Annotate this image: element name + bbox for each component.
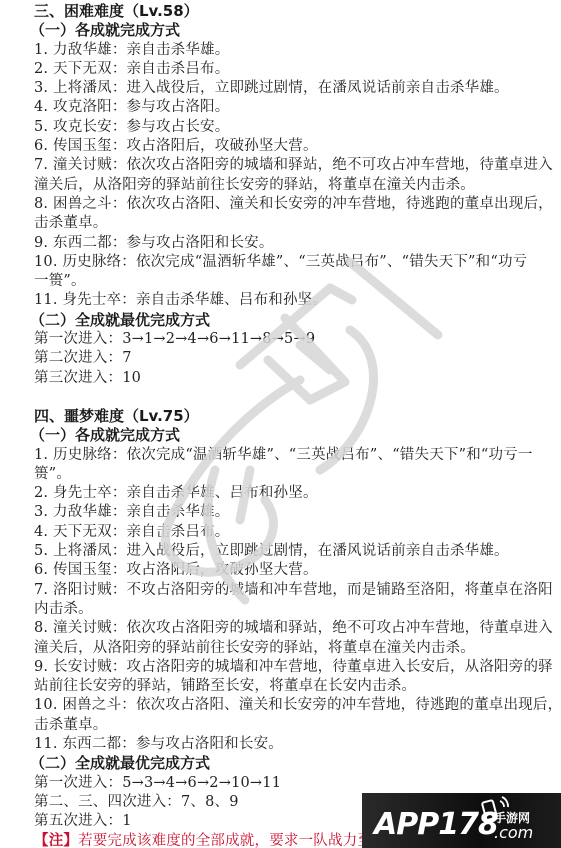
list-item: 9. 东西二都：参与攻占洛阳和长安。	[34, 234, 534, 253]
document-page: 三、困难难度（Lv.58） （一）各成就完成方式 1. 力敌华雄：亲自击杀华雄。…	[0, 0, 561, 848]
logo-brand: APP178	[374, 807, 498, 842]
logo-com: .com	[494, 823, 533, 842]
list-item: 5. 上将潘凤：进入战役后，立即跳过剧情，在潘风说话前亲自击杀华雄。	[34, 542, 534, 561]
achievement-list-nightmare: 1. 历史脉络：依次完成“温酒斩华雄”、“三英战吕布”、“错失天下”和“功亏一 …	[34, 446, 534, 755]
list-item-continued: 站前往长安旁的驿站，铺路至长安，将董卓在长安内击杀。	[34, 677, 534, 696]
app178-logo: APP178 手游网 .com	[362, 793, 561, 848]
route-item: 第二次进入：7	[34, 349, 534, 368]
list-item: 8. 困兽之斗：依次攻占洛阳、潼关和长安旁的冲车营地，待逃跑的董卓出现后，	[34, 195, 534, 214]
note-text: 若要完成该难度的全部成就，要求一队战力至少达	[78, 833, 401, 848]
list-item: 11. 身先士卒：亲自击杀华雄、吕布和孙坚。	[34, 291, 534, 310]
route-item: 第一次进入：5→3→4→6→2→10→11	[34, 774, 534, 793]
section-gap	[34, 388, 534, 407]
list-item: 2. 天下无双：亲自击杀吕布。	[34, 60, 534, 79]
subsection-title-achievements: （一）各成就完成方式	[30, 426, 534, 445]
list-item-continued: 击杀董卓。	[34, 214, 534, 233]
list-item: 1. 力敌华雄：亲自击杀华雄。	[34, 41, 534, 60]
section-title-hard: 三、困难难度（Lv.58）	[34, 2, 534, 21]
document-content: 三、困难难度（Lv.58） （一）各成就完成方式 1. 力敌华雄：亲自击杀华雄。…	[34, 2, 534, 848]
list-item: 9. 长安讨贼：攻占洛阳旁的城墙和冲车营地，待董卓进入长安后，从洛阳旁的驿	[34, 658, 534, 677]
subsection-title-achievements: （一）各成就完成方式	[30, 21, 534, 40]
section-title-nightmare: 四、噩梦难度（Lv.75）	[34, 407, 534, 426]
list-item: 3. 力敌华雄：亲自击杀华雄。	[34, 503, 534, 522]
route-item: 第一次进入：3→1→2→4→6→11→8→5→9	[34, 330, 534, 349]
achievement-list-hard: 1. 力敌华雄：亲自击杀华雄。 2. 天下无双：亲自击杀吕布。 3. 上将潘凤：…	[34, 41, 534, 311]
note-label: 【注】	[34, 832, 78, 848]
list-item: 7. 潼关讨贼：依次攻占洛阳旁的城墙和驿站，绝不可攻占冲车营地，待董卓进入	[34, 156, 534, 175]
list-item: 7. 洛阳讨贼：不攻占洛阳旁的城墙和冲车营地，而是铺路至洛阳，将董卓在洛阳	[34, 581, 534, 600]
list-item: 6. 传国玉玺：攻占洛阳后，攻破孙坚大营。	[34, 137, 534, 156]
list-item-continued: 一篑”。	[34, 272, 534, 291]
list-item-continued: 潼关后，从洛阳旁的驿站前往长安旁的驿站，将董卓在潼关内击杀。	[34, 176, 534, 195]
list-item: 4. 天下无双：亲自击杀吕布。	[34, 523, 534, 542]
list-item: 1. 历史脉络：依次完成“温酒斩华雄”、“三英战吕布”、“错失天下”和“功亏一	[34, 446, 534, 465]
route-item: 第三次进入：10	[34, 369, 534, 388]
list-item-continued: 内击杀。	[34, 600, 534, 619]
list-item: 4. 攻克洛阳：参与攻占洛阳。	[34, 98, 534, 117]
list-item: 10. 困兽之斗：依次攻占洛阳、潼关和长安旁的冲车营地，待逃跑的董卓出现后，	[34, 696, 534, 715]
list-item-continued: 击杀董卓。	[34, 716, 534, 735]
list-item-continued: 潼关后，从洛阳旁的驿站前往长安旁的驿站，将董卓在潼关内击杀。	[34, 639, 534, 658]
list-item-continued: 篑”。	[34, 465, 534, 484]
subsection-title-optimal: （二）全成就最优完成方式	[30, 311, 534, 330]
list-item: 5. 攻克长安：参与攻占长安。	[34, 118, 534, 137]
list-item: 11. 东西二都：参与攻占洛阳和长安。	[34, 735, 534, 754]
list-item: 2. 身先士卒：亲自击杀华雄、吕布和孙坚。	[34, 484, 534, 503]
list-item: 10. 历史脉络：依次完成“温酒斩华雄”、“三英战吕布”、“错失天下”和“功亏	[34, 253, 534, 272]
list-item: 3. 上将潘凤：进入战役后，立即跳过剧情，在潘凤说话前亲自击杀华雄。	[34, 79, 534, 98]
list-item: 8. 潼关讨贼：依次攻占洛阳旁的城墙和驿站，绝不可攻占冲车营地，待董卓进入	[34, 619, 534, 638]
subsection-title-optimal: （二）全成就最优完成方式	[30, 754, 534, 773]
route-list-hard: 第一次进入：3→1→2→4→6→11→8→5→9 第二次进入：7 第三次进入：1…	[34, 330, 534, 388]
list-item: 6. 传国玉玺：攻占洛阳后，攻破孙坚大营。	[34, 561, 534, 580]
